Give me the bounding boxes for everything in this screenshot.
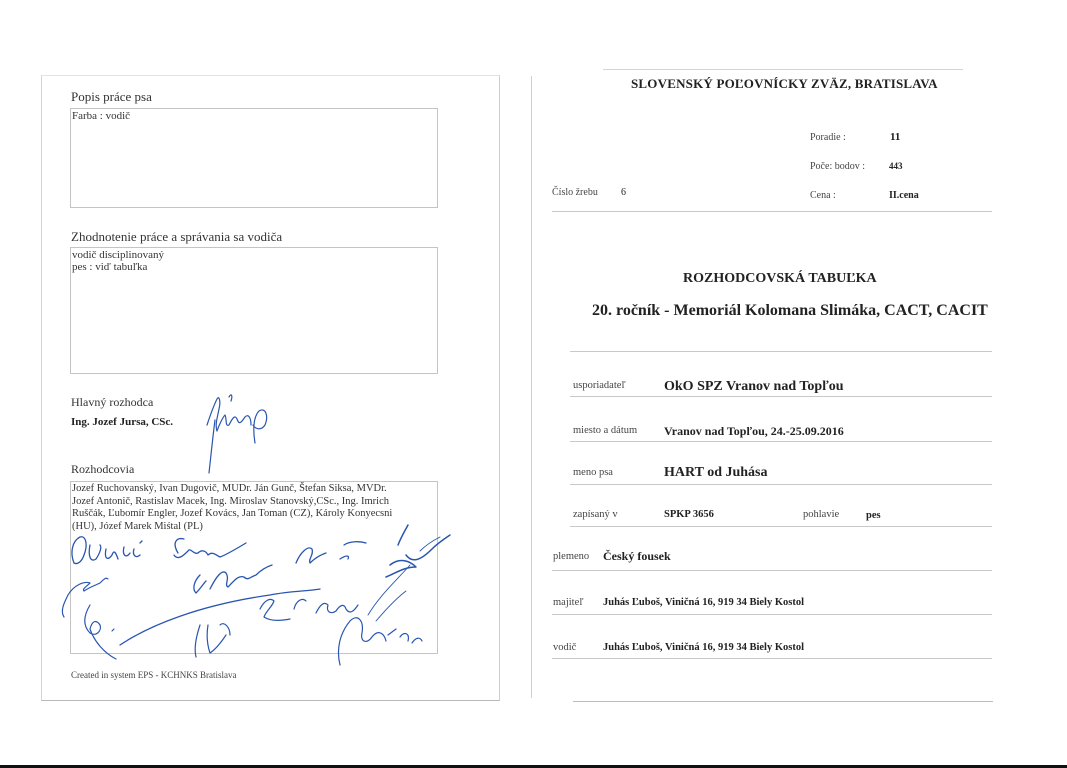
judges-line: Ruščák, Ľubomír Engler, Jozef Kovács, Ja…: [72, 508, 437, 521]
place-date-label: miesto a dátum: [573, 425, 637, 436]
place-date-value: Vranov nad Topľou, 24.-25.09.2016: [664, 424, 844, 439]
field-rule: [552, 658, 992, 659]
field-rule: [552, 614, 992, 615]
sex-label: pohlavie: [803, 509, 839, 520]
head-judge-name: Ing. Jozef Jursa, CSc.: [71, 416, 173, 428]
registered-in-label: zapísaný v: [573, 509, 618, 520]
organizer-label: usporiadateľ: [573, 380, 626, 391]
registered-in-value: SPKP 3656: [664, 509, 714, 520]
ranking-label: Poradie :: [810, 132, 846, 143]
owner-value: Juhás Ľuboš, Viničná 16, 919 34 Biely Ko…: [603, 597, 804, 608]
draw-number-value: 6: [621, 187, 626, 198]
document-subtitle: 20. ročník - Memoriál Kolomana Slimáka, …: [592, 302, 988, 320]
points-value: 443: [889, 161, 903, 171]
owner-label: majiteľ: [553, 597, 584, 608]
dog-name-label: meno psa: [573, 467, 613, 478]
prize-value: II.cena: [889, 190, 919, 201]
page-divider: [531, 76, 532, 698]
head-judge-signature: [195, 385, 285, 480]
points-label: Poče: bodov :: [810, 161, 865, 172]
field-rule: [570, 526, 992, 527]
handler-value: Juhás Ľuboš, Viničná 16, 919 34 Biely Ko…: [603, 642, 804, 653]
judges-line: Jozef Ruchovanský, Ivan Dugovič, MUDr. J…: [72, 483, 437, 496]
handler-evaluation-box: vodič disciplinovaný pes : viď tabuľka: [70, 247, 438, 374]
field-rule: [570, 484, 992, 485]
organizer-value: OkO SPZ Vranov nad Topľou: [664, 379, 844, 395]
sex-value: pes: [866, 510, 881, 521]
bottom-rule: [573, 701, 993, 702]
handler-evaluation-line: pes : viď tabuľka: [72, 261, 437, 273]
work-description-box: Farba : vodič: [70, 108, 438, 208]
head-judge-label: Hlavný rozhodca: [71, 395, 153, 410]
judges-line: Jozef Antonič, Rastislav Macek, Ing. Mir…: [72, 496, 437, 509]
field-rule: [570, 441, 992, 442]
handler-evaluation-label: Zhodnotenie práce a správania sa vodiča: [71, 229, 282, 245]
organization-title: SLOVENSKÝ POĽOVNÍCKY ZVÄZ, BRATISLAVA: [631, 76, 938, 92]
work-description-label: Popis práce psa: [71, 89, 152, 105]
meta-rule: [552, 211, 992, 212]
breed-value: Český fousek: [603, 549, 671, 564]
handler-label: vodič: [553, 642, 576, 653]
footer-note: Created in system EPS - KCHNKS Bratislav…: [71, 670, 237, 680]
field-rule: [570, 396, 992, 397]
header-rule: [603, 69, 963, 70]
field-rule: [552, 570, 992, 571]
judges-signatures: [60, 525, 450, 675]
document-title: ROZHODCOVSKÁ TABUĽKA: [683, 271, 877, 287]
subtitle-rule: [570, 351, 992, 352]
judges-label: Rozhodcovia: [71, 462, 134, 477]
breed-label: plemeno: [553, 551, 589, 562]
ranking-value: 11: [890, 131, 900, 143]
dog-name-value: HART od Juhása: [664, 465, 768, 481]
work-description-line: Farba : vodič: [72, 110, 437, 122]
handler-evaluation-line: vodič disciplinovaný: [72, 249, 437, 261]
prize-label: Cena :: [810, 190, 836, 201]
draw-number-label: Číslo žrebu: [552, 187, 598, 198]
